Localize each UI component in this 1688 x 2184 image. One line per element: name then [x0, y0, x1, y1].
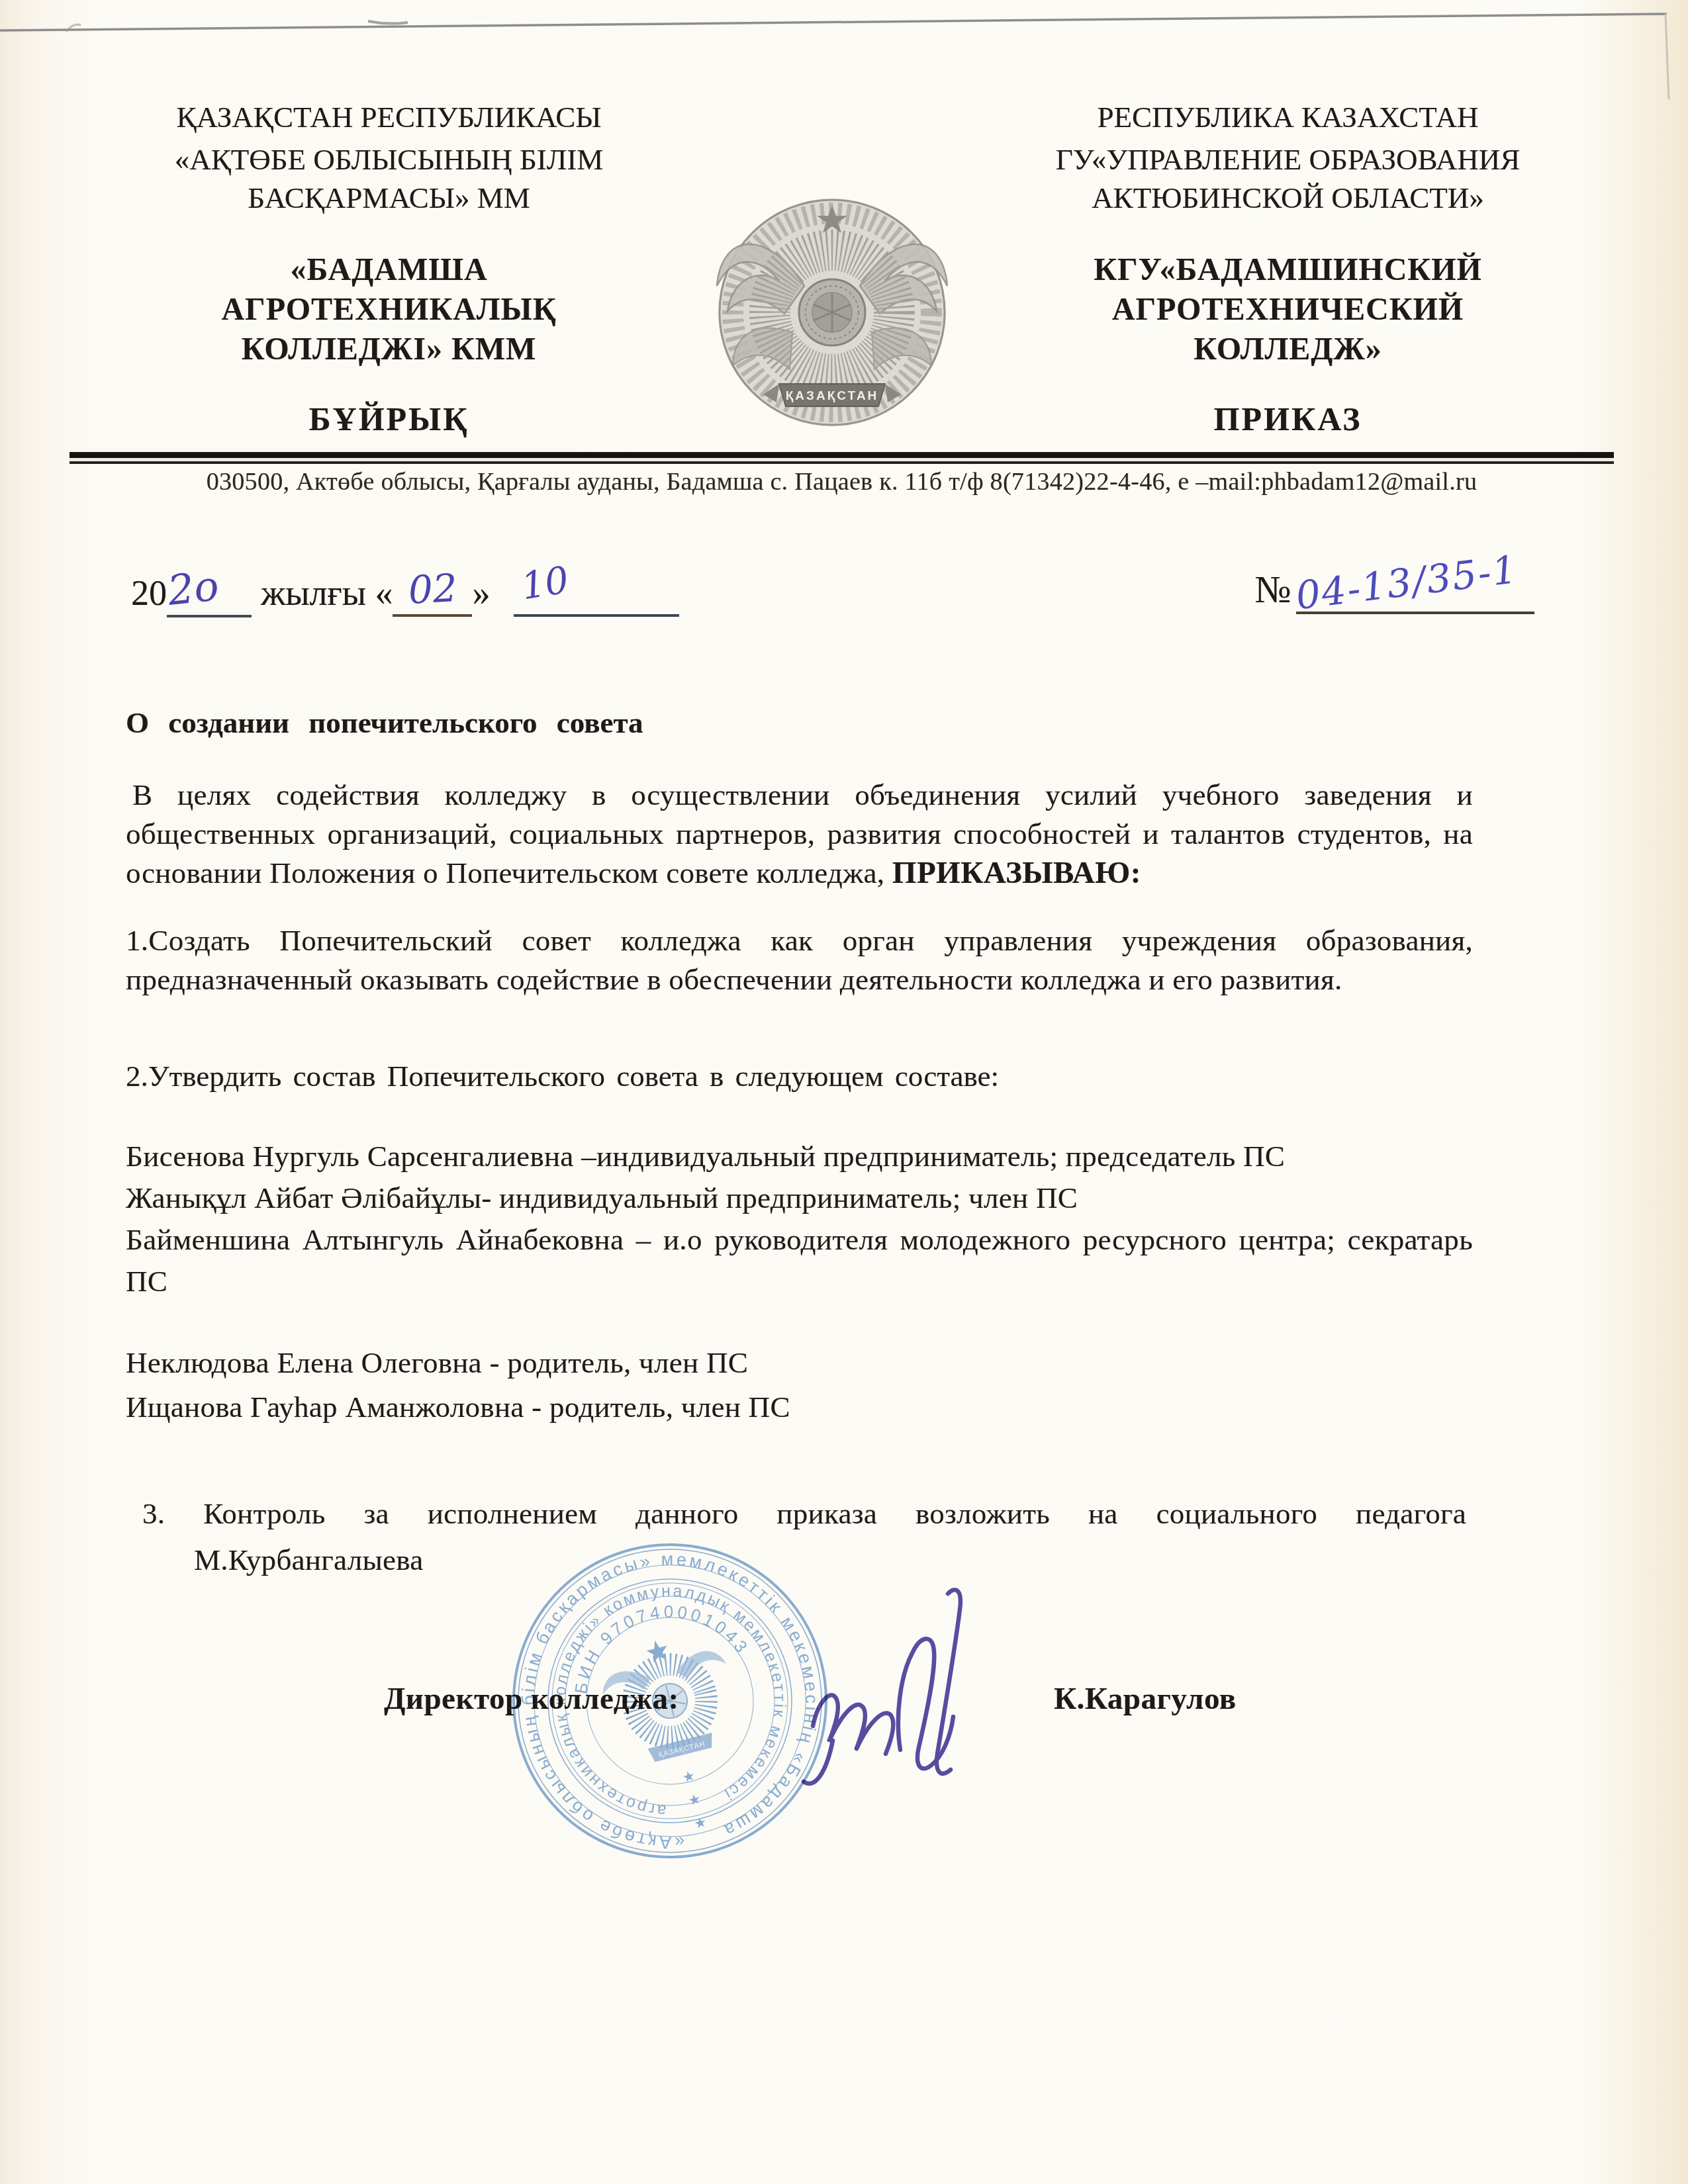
subject-line: О создании попечительского совета — [126, 705, 643, 740]
intro-resolve-word: ПРИКАЗЫВАЮ: — [892, 856, 1141, 890]
date-year-blank: 2о — [167, 567, 252, 617]
intro-text: В целях содействия колледжу в осуществле… — [126, 778, 1473, 889]
intro-paragraph: В целях содействия колледжу в осуществле… — [126, 776, 1473, 893]
letterhead-right-country: РЕСПУБЛИКА КАЗАХСТАН — [965, 98, 1611, 136]
order-item-3: 3. Контроль за исполнением данного прика… — [142, 1490, 1466, 1537]
date-day-handwritten: 02 — [407, 565, 458, 613]
scan-artifact-lines — [0, 0, 1688, 106]
scanned-order-document: ҚАЗАҚСТАН РЕСПУБЛИКАСЫ «АҚТӨБЕ ОБЛЫСЫНЫҢ… — [0, 0, 1688, 2184]
address-line: 030500, Актөбе облысы, Қарғалы ауданы, Б… — [70, 467, 1614, 496]
official-round-stamp: ҚАЗАҚСТАН ★ ★ ★ «Ақтөбе облысының білім … — [504, 1542, 835, 1866]
order-item-3-continued: М.Курбангалыева — [194, 1537, 423, 1583]
date-month-blank: 10 — [514, 571, 679, 617]
letterhead-left-department: «АҚТӨБЕ ОБЛЫСЫНЫҢ БІЛІМ БАСҚАРМАСЫ» ММ — [66, 140, 712, 217]
council-members-list: Бисенова Нургуль Сарсенгалиевна –индивид… — [126, 1136, 1473, 1302]
date-year-handwritten: 2о — [165, 561, 221, 615]
letterhead-left-country: ҚАЗАҚСТАН РЕСПУБЛИКАСЫ — [66, 98, 712, 136]
letterhead-right-department: ГУ«УПРАВЛЕНИЕ ОБРАЗОВАНИЯ АКТЮБИНСКОЙ ОБ… — [965, 140, 1611, 217]
header-divider — [70, 452, 1614, 464]
date-line: 202о жылғы « 02 » 10 — [131, 567, 679, 617]
date-year-prefix: 20 — [131, 572, 167, 614]
date-month-handwritten: 10 — [519, 559, 573, 608]
order-item-1: 1.Создать Попечительский совет колледжа … — [126, 921, 1473, 999]
letterhead-left: ҚАЗАҚСТАН РЕСПУБЛИКАСЫ «АҚТӨБЕ ОБЛЫСЫНЫҢ… — [66, 98, 712, 438]
date-middle-text: жылғы « — [261, 572, 393, 614]
letterhead-right-doctype: ПРИКАЗ — [965, 400, 1611, 438]
director-signature — [794, 1579, 993, 1804]
signatory-name: К.Карагулов — [1054, 1681, 1237, 1717]
order-number-handwritten: 04-13/35-1 — [1293, 547, 1521, 619]
letterhead-left-organization: «БАДАМША АГРОТЕХНИКАЛЫҚ КОЛЛЕДЖІ» КММ — [66, 250, 712, 369]
stamp-star-3: ★ — [692, 1813, 708, 1832]
order-number-line: № 04-13/35-1 — [1254, 567, 1534, 614]
council-parents-list: Неклюдова Елена Олеговна - родитель, чле… — [126, 1341, 1473, 1430]
order-number-label: № — [1254, 567, 1291, 612]
date-quote-close: » — [472, 572, 490, 614]
stamp-star-2: ★ — [686, 1791, 702, 1809]
order-item-2: 2.Утвердить состав Попечительского совет… — [126, 1059, 999, 1093]
letterhead-left-doctype: БҰЙРЫҚ — [66, 400, 712, 438]
order-number-blank: 04-13/35-1 — [1296, 567, 1534, 614]
date-day-blank: 02 — [393, 569, 472, 617]
letterhead-right-organization: КГУ«БАДАМШИНСКИЙ АГРОТЕХНИЧЕСКИЙ КОЛЛЕДЖ… — [965, 250, 1611, 369]
letterhead-right: РЕСПУБЛИКА КАЗАХСТАН ГУ«УПРАВЛЕНИЕ ОБРАЗ… — [965, 98, 1611, 438]
emblem-banner-text: ҚАЗАҚСТАН — [786, 389, 879, 403]
kazakhstan-coat-of-arms-icon: ҚАЗАҚСТАН — [710, 185, 955, 437]
